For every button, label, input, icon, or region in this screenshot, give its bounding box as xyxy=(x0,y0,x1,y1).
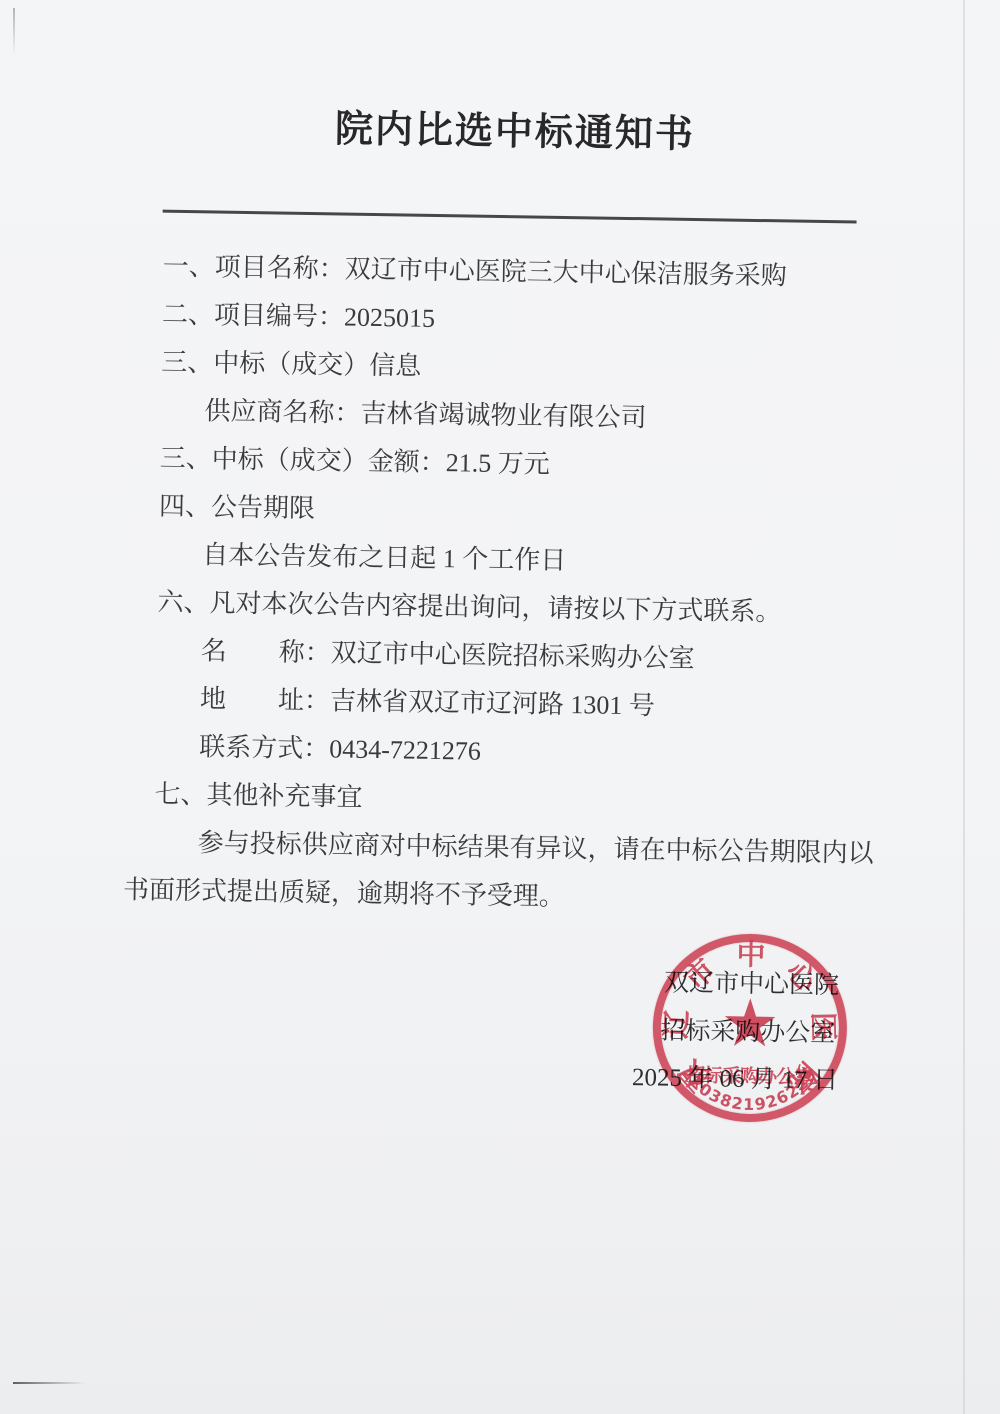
document-title: 院内比选中标通知书 xyxy=(9,92,1000,163)
seal-char: 1 xyxy=(743,1097,754,1113)
title-underline xyxy=(163,210,857,224)
document-content: 院内比选中标通知书 一、项目名称：双辽市中心医院三大中心保洁服务采购二、项目编号… xyxy=(0,0,1000,1414)
scanned-document-page: 院内比选中标通知书 一、项目名称：双辽市中心医院三大中心保洁服务采购二、项目编号… xyxy=(0,0,1000,1414)
official-seal-stamp: ★ 招标采购办公室 双辽市中心医院 2203821926229 xyxy=(651,932,848,1123)
seal-char: 辽 xyxy=(663,1009,693,1039)
seal-char: 医 xyxy=(807,1012,837,1042)
seal-char: 中 xyxy=(736,941,765,970)
seal-star-icon: ★ xyxy=(720,991,780,1058)
document-body: 一、项目名称：双辽市中心医院三大中心保洁服务采购二、项目编号：2025015三、… xyxy=(123,242,913,926)
